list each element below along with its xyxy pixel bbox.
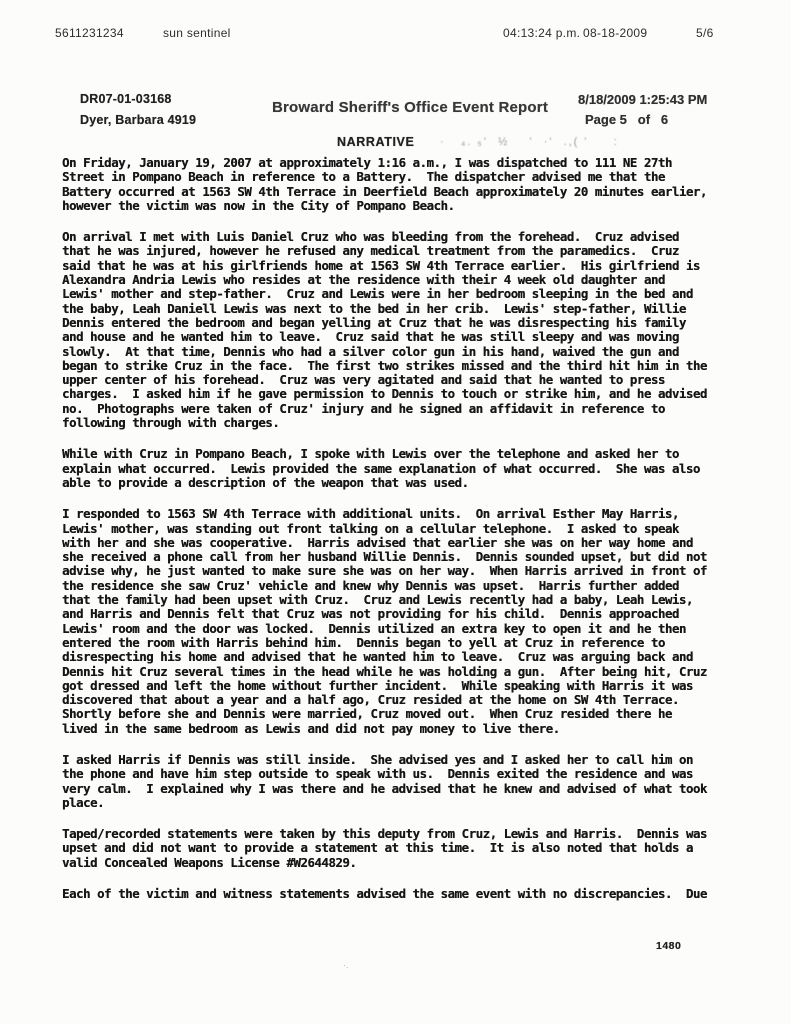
page-label: Page 5 of 6 — [585, 112, 668, 127]
bates-page-number: 1480 — [656, 940, 681, 952]
officer-name: Dyer, Barbara 4919 — [80, 113, 196, 127]
narrative-paragraph: On arrival I met with Luis Daniel Cruz w… — [62, 230, 774, 430]
scan-smudge-artifact: · ₄. ₅' ½ ' ·' .,( ' : — [440, 136, 619, 148]
narrative-paragraph: I responded to 1563 SW 4th Terrace with … — [62, 507, 774, 736]
fax-date: 08-18-2009 — [583, 26, 647, 40]
scanned-fax-page: 5611231234 sun sentinel 04:13:24 p.m. 08… — [0, 0, 791, 1024]
scan-smudge-artifact: ·. — [343, 960, 349, 970]
fax-sender: sun sentinel — [163, 26, 231, 40]
fax-time: 04:13:24 p.m. — [503, 26, 580, 40]
narrative-paragraph: While with Cruz in Pompano Beach, I spok… — [62, 447, 774, 490]
narrative-section-title: NARRATIVE — [337, 135, 414, 149]
fax-page-indicator: 5/6 — [696, 26, 714, 40]
narrative-paragraph: I asked Harris if Dennis was still insid… — [62, 753, 774, 810]
narrative-body: On Friday, January 19, 2007 at approxima… — [62, 156, 774, 918]
narrative-paragraph: Each of the victim and witness statement… — [62, 887, 774, 901]
printed-datetime: 8/18/2009 1:25:43 PM — [578, 92, 707, 107]
narrative-paragraph: Taped/recorded statements were taken by … — [62, 827, 774, 870]
case-number: DR07-01-03168 — [80, 92, 172, 106]
narrative-paragraph: On Friday, January 19, 2007 at approxima… — [62, 156, 774, 213]
report-title: Broward Sheriff's Office Event Report — [272, 99, 548, 116]
fax-number: 5611231234 — [55, 26, 124, 40]
